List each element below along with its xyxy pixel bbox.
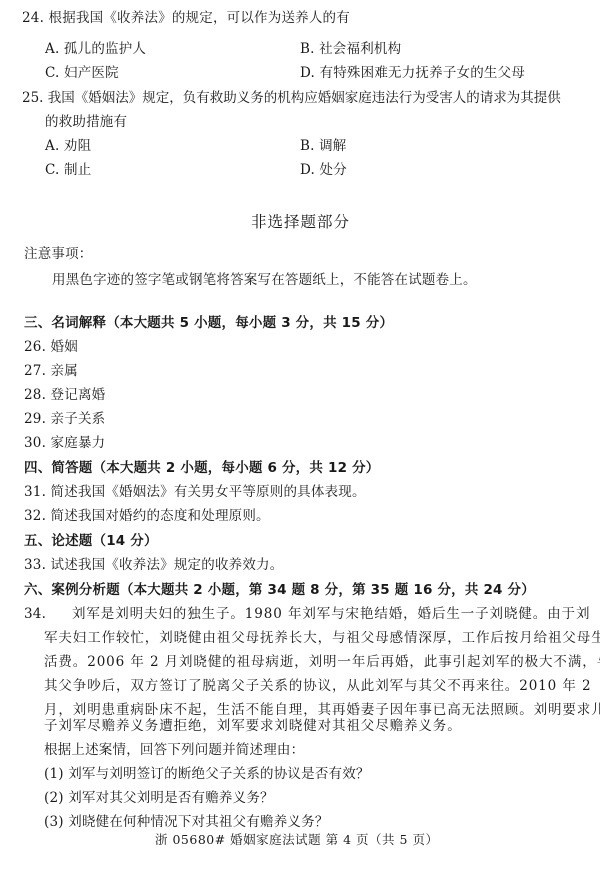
case-34-line-1: 刘军是刘明夫妇的独生子。1980 年刘军与宋艳结婚，婚后生一子刘晓健。由于刘 (72, 604, 590, 624)
question-24-option-c: C. 妇产医院 (45, 63, 119, 83)
part4-heading: 四、简答题（本大题共 2 小题，每小题 6 分，共 12 分） (24, 458, 379, 478)
notice-heading: 注意事项： (24, 244, 93, 264)
case-34-line-4: 其父争吵后，双方签订了脱离父子关系的协议，从此刘军与其父不再来往。2010 年 … (44, 676, 591, 696)
part5-heading: 五、论述题（14 分） (24, 531, 158, 551)
case-34-line-3: 活费。2006 年 2 月刘晓健的祖母病逝，刘明一年后再婚，此事引起刘军的极大不… (44, 652, 600, 672)
question-24-option-b: B. 社会福利机构 (300, 39, 401, 59)
case-34-line-6: 子刘军尽赡养义务遭拒绝，刘军要求刘晓健对其祖父尽赡养义务。 (44, 716, 462, 736)
notice-text: 用黑色字迹的签字笔或钢笔将答案写在答题纸上，不能答在试题卷上。 (52, 270, 477, 290)
case-34-line-2: 军夫妇工作较忙，刘晓健由祖父母抚养长大，与祖父母感情深厚，工作后按月给祖父母生 (44, 628, 600, 648)
question-25-stem-line2: 的救助措施有 (45, 112, 127, 132)
case-34-number: 34. (24, 604, 46, 624)
question-25-option-d: D. 处分 (300, 160, 347, 180)
part3-heading: 三、名词解释（本大题共 5 小题，每小题 3 分，共 15 分） (24, 313, 393, 333)
question-25-stem-line1: 25. 我国《婚姻法》规定，负有救助义务的机构应婚姻家庭违法行为受害人的请求为其… (22, 88, 561, 108)
case-34-question-2: (2) 刘军对其父刘明是否有赡养义务？ (44, 788, 274, 808)
essay-33: 33. 试述我国《收养法》规定的收养效力。 (24, 555, 283, 575)
question-25-option-c: C. 制止 (45, 160, 91, 180)
part6-heading: 六、案例分析题（本大题共 2 小题，第 34 题 8 分，第 35 题 16 分… (24, 580, 535, 600)
short-answer-31: 31. 简述我国《婚姻法》有关男女平等原则的具体表现。 (24, 482, 366, 502)
term-item-29: 29. 亲子关系 (24, 409, 105, 429)
term-item-28: 28. 登记离婚 (24, 385, 105, 405)
question-24-stem: 24. 根据我国《收养法》的规定，可以作为送养人的有 (22, 8, 350, 28)
term-item-26: 26. 婚姻 (24, 337, 78, 357)
question-24-option-a: A. 孤儿的监护人 (45, 39, 146, 59)
question-24-option-d: D. 有特殊困难无力抚养子女的生父母 (300, 63, 525, 83)
term-item-30: 30. 家庭暴力 (24, 433, 105, 453)
term-item-27: 27. 亲属 (24, 361, 78, 381)
case-34-prompt: 根据上述案情，回答下列问题并简述理由： (44, 740, 304, 760)
short-answer-32: 32. 简述我国对婚约的态度和处理原则。 (24, 506, 270, 526)
question-25-option-a: A. 劝阻 (45, 136, 91, 156)
section-title: 非选择题部分 (251, 212, 350, 232)
page-footer: 浙 05680# 婚姻家庭法试题 第 4 页（共 5 页） (155, 830, 438, 850)
question-25-option-b: B. 调解 (300, 136, 347, 156)
case-34-question-3: (3) 刘晓健在何种情况下对其祖父有赡养义务？ (44, 812, 329, 832)
case-34-question-1: (1) 刘军与刘明签订的断绝父子关系的协议是否有效？ (44, 764, 370, 784)
